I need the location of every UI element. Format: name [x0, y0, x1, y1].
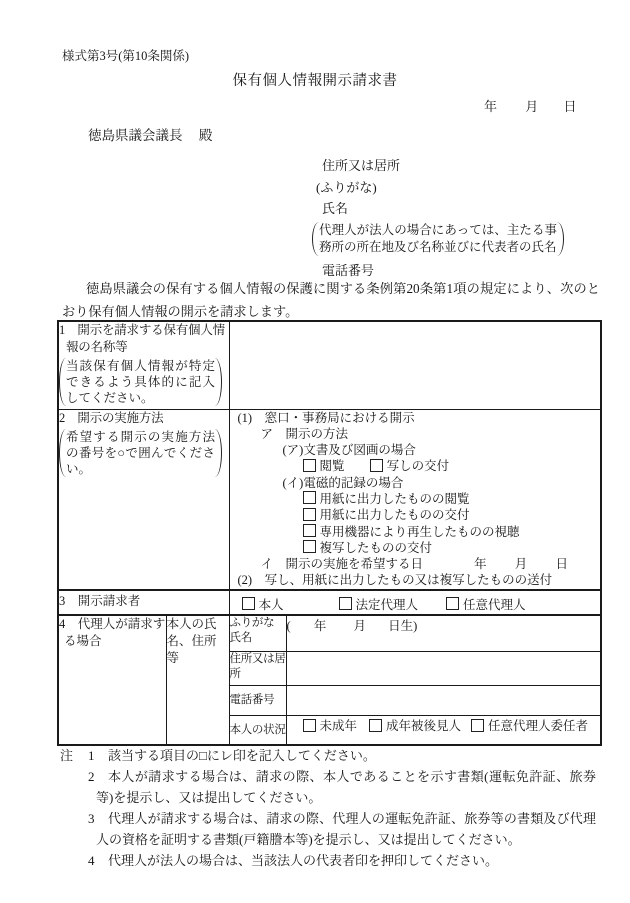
notes-list: 1 該当する項目の□にレ印を記入してください。 2 本人が請求する場合は、請求の…	[88, 745, 605, 871]
date-day-label: 日	[555, 557, 568, 571]
method-line: イ 開示の実施を希望する日 年 月 日	[230, 556, 601, 572]
row4-label-cell: 4 代理人が請求する場合	[58, 615, 166, 745]
checkbox-option[interactable]: 任意代理人	[446, 595, 526, 613]
checkbox-icon[interactable]	[369, 719, 382, 732]
checkbox-icon[interactable]	[303, 459, 316, 472]
checkbox-option[interactable]: 用紙に出力したものの閲覧	[303, 492, 470, 506]
method-line: (2) 写し、用紙に出力したもの又は複写したものの送付	[230, 572, 601, 588]
field-name-input-cell[interactable]: ( 年 月 日生)	[286, 615, 601, 652]
row1-heading: 1 開示を請求する保有個人情報の名称等	[59, 322, 229, 356]
checkbox-option[interactable]: 複写したものの交付	[303, 541, 433, 555]
status-label: 本人の状況	[230, 723, 286, 738]
form-page: 様式第3号(第10条関係) 保有個人情報開示請求書 年 月 日 徳島県議会議長 …	[0, 0, 630, 903]
address-label: 住所又は居	[230, 652, 286, 667]
date-month-label: 月	[515, 557, 528, 571]
checkbox-label: 法定代理人	[356, 598, 419, 612]
corporate-note: 代理人が法人の場合にあっては、主たる事務所の所在地及び名称並びに代表者の氏名	[312, 222, 564, 256]
checkbox-option[interactable]: 法定代理人	[339, 595, 419, 613]
note-item: 1 該当する項目の□にレ印を記入してください。	[88, 745, 605, 766]
checkbox-option[interactable]: 未成年	[303, 716, 358, 734]
method-line: 閲覧 写しの交付	[230, 458, 601, 474]
checkbox-label: 任意代理人	[463, 598, 526, 612]
request-table: 1 開示を請求する保有個人情報の名称等 当該保有個人情報が特定できるよう具体的に…	[57, 320, 602, 746]
method-line: 用紙に出力したものの交付	[230, 507, 601, 523]
addressee: 徳島県議会議長 殿	[88, 124, 212, 144]
date-day-label: 日	[564, 99, 577, 114]
note-item: 2 本人が請求する場合は、請求の際、本人であることを示す書類(運転免許証、旅券等…	[88, 766, 605, 808]
checkbox-label: 閲覧	[320, 459, 345, 473]
row3-label-cell: 3 開示請求者	[58, 590, 229, 615]
desired-date-label: イ 開示の実施を希望する日	[261, 557, 424, 571]
checkbox-icon[interactable]	[303, 719, 316, 732]
row1-note-text: 当該保有個人情報が特定できるよう具体的に記入してください。	[66, 358, 215, 406]
checkbox-label: 未成年	[320, 719, 358, 733]
row2-label-cell: 2 開示の実施方法 希望する開示の実施方法の番号を○で囲んでください。	[58, 409, 229, 590]
row1-note: 当該保有個人情報が特定できるよう具体的に記入してください。	[59, 358, 222, 406]
applicant-block: 住所又は居所 (ふりがな) 氏名 代理人が法人の場合にあっては、主たる事務所の所…	[312, 156, 574, 281]
checkbox-icon[interactable]	[303, 508, 316, 521]
checkbox-option[interactable]: 写しの交付	[370, 459, 450, 473]
checkbox-icon[interactable]	[303, 524, 316, 537]
form-number: 様式第3号(第10条関係)	[62, 46, 189, 64]
left-paren-icon	[312, 222, 319, 256]
date-year-label: 年	[474, 557, 487, 571]
checkbox-label: 複写したものの交付	[320, 541, 433, 555]
checkbox-label: 用紙に出力したものの交付	[320, 508, 470, 522]
birth-day-label: 日生)	[388, 619, 417, 633]
checkbox-icon[interactable]	[242, 597, 255, 610]
corporate-note-text: 代理人が法人の場合にあっては、主たる事務所の所在地及び名称並びに代表者の氏名	[319, 222, 557, 256]
checkbox-option[interactable]: 本人	[242, 595, 284, 613]
checkbox-icon[interactable]	[303, 540, 316, 553]
method-line: (ア)文書及び図画の場合	[230, 442, 601, 458]
note-text: 該当する項目の□にレ印を記入してください。	[96, 745, 596, 766]
right-paren-icon	[215, 358, 222, 406]
left-paren-icon	[59, 358, 66, 406]
row1-label-cell: 1 開示を請求する保有個人情報の名称等 当該保有個人情報が特定できるよう具体的に…	[58, 321, 229, 409]
method-line: (イ)電磁的記録の場合	[230, 475, 601, 491]
row2-note-text: 希望する開示の実施方法の番号を○で囲んでください。	[66, 429, 215, 477]
birth-paren-open: (	[287, 619, 291, 633]
field-status-label-cell: 本人の状況	[229, 716, 286, 745]
birth-year-label: 年	[314, 619, 327, 633]
checkbox-option[interactable]: 用紙に出力したものの交付	[303, 508, 470, 522]
method-line: 複写したものの交付	[230, 540, 601, 556]
row4-heading: 4 代理人が請求する場合	[59, 616, 166, 650]
right-paren-icon	[557, 222, 564, 256]
intro-paragraph: 徳島県議会の保有する個人情報の保護に関する条例第20条第1項の規定により、次のと…	[62, 277, 600, 323]
row1-input-cell[interactable]	[229, 321, 601, 409]
method-line: (1) 窓口・事務局における開示	[230, 410, 601, 426]
row2-note: 希望する開示の実施方法の番号を○で囲んでください。	[59, 429, 222, 477]
checkbox-icon[interactable]	[370, 459, 383, 472]
checkbox-label: 成年被後見人	[386, 719, 461, 733]
date-month-label: 月	[525, 99, 538, 114]
row4-subheading-cell: 本人の氏名、住所等	[166, 615, 229, 745]
field-address-label-cell: 住所又は居 所	[229, 652, 286, 686]
checkbox-icon[interactable]	[303, 491, 316, 504]
checkbox-icon[interactable]	[339, 597, 352, 610]
checkbox-option[interactable]: 成年被後見人	[369, 716, 461, 734]
checkbox-option[interactable]: 専用機器により再生したものの視聴	[303, 525, 520, 539]
checkbox-label: 写しの交付	[387, 459, 450, 473]
method-line: ア 開示の方法	[230, 426, 601, 442]
addressee-honorific: 殿	[199, 128, 213, 143]
address-label: 所	[230, 667, 286, 682]
field-phone-label-cell: 電話番号	[229, 686, 286, 716]
date-year-label: 年	[484, 99, 497, 114]
note-text: 代理人が請求する場合は、請求の際、代理人の運転免許証、旅券等の書類及び代理人の資…	[96, 808, 596, 850]
checkbox-label: 任意代理人委任者	[488, 719, 588, 733]
field-address-input-cell[interactable]	[286, 652, 601, 686]
addressee-name: 徳島県議会議長	[88, 128, 183, 143]
furigana-label: (ふりがな)	[312, 178, 574, 198]
left-paren-icon	[59, 429, 66, 477]
birth-month-label: 月	[353, 619, 366, 633]
row2-heading: 2 開示の実施方法	[59, 410, 229, 427]
phone-label: 電話番号	[230, 693, 286, 708]
note-text: 本人が請求する場合は、請求の際、本人であることを示す書類(運転免許証、旅券等)を…	[96, 766, 596, 808]
method-line: 専用機器により再生したものの視聴	[230, 524, 601, 540]
checkbox-icon[interactable]	[446, 597, 459, 610]
field-status-options-cell: 未成年 成年被後見人 任意代理人委任者	[286, 716, 601, 745]
name-label: 氏名	[230, 631, 286, 646]
form-title: 保有個人情報開示請求書	[0, 69, 630, 90]
field-name-label-cell: ふりがな 氏名	[229, 615, 286, 652]
checkbox-label: 本人	[259, 598, 284, 612]
notes-marker: 注	[60, 745, 73, 766]
checkbox-label: 専用機器により再生したものの視聴	[320, 525, 520, 539]
note-item: 4 代理人が法人の場合は、当該法人の代表者印を押印してください。	[88, 850, 605, 871]
row2-methods-cell: (1) 窓口・事務局における開示 ア 開示の方法 (ア)文書及び図画の場合 閲覧…	[229, 409, 601, 590]
checkbox-icon[interactable]	[471, 719, 484, 732]
date-line: 年 月 日	[484, 96, 577, 115]
name-label: 氏名	[312, 199, 574, 219]
checkbox-option[interactable]: 任意代理人委任者	[471, 716, 588, 734]
note-item: 3 代理人が請求する場合は、請求の際、代理人の運転免許証、旅券等の書類及び代理人…	[88, 808, 605, 850]
right-paren-icon	[215, 429, 222, 477]
note-text: 代理人が法人の場合は、当該法人の代表者印を押印してください。	[96, 850, 596, 871]
checkbox-option[interactable]: 閲覧	[303, 459, 345, 473]
method-line: 用紙に出力したものの閲覧	[230, 491, 601, 507]
notes-section: 注 1 該当する項目の□にレ印を記入してください。 2 本人が請求する場合は、請…	[60, 745, 605, 871]
row3-options-cell: 本人 法定代理人 任意代理人	[229, 590, 601, 615]
field-phone-input-cell[interactable]	[286, 686, 601, 716]
furigana-label: ふりがな	[230, 616, 286, 631]
address-label: 住所又は居所	[312, 156, 574, 176]
checkbox-label: 用紙に出力したものの閲覧	[320, 492, 470, 506]
